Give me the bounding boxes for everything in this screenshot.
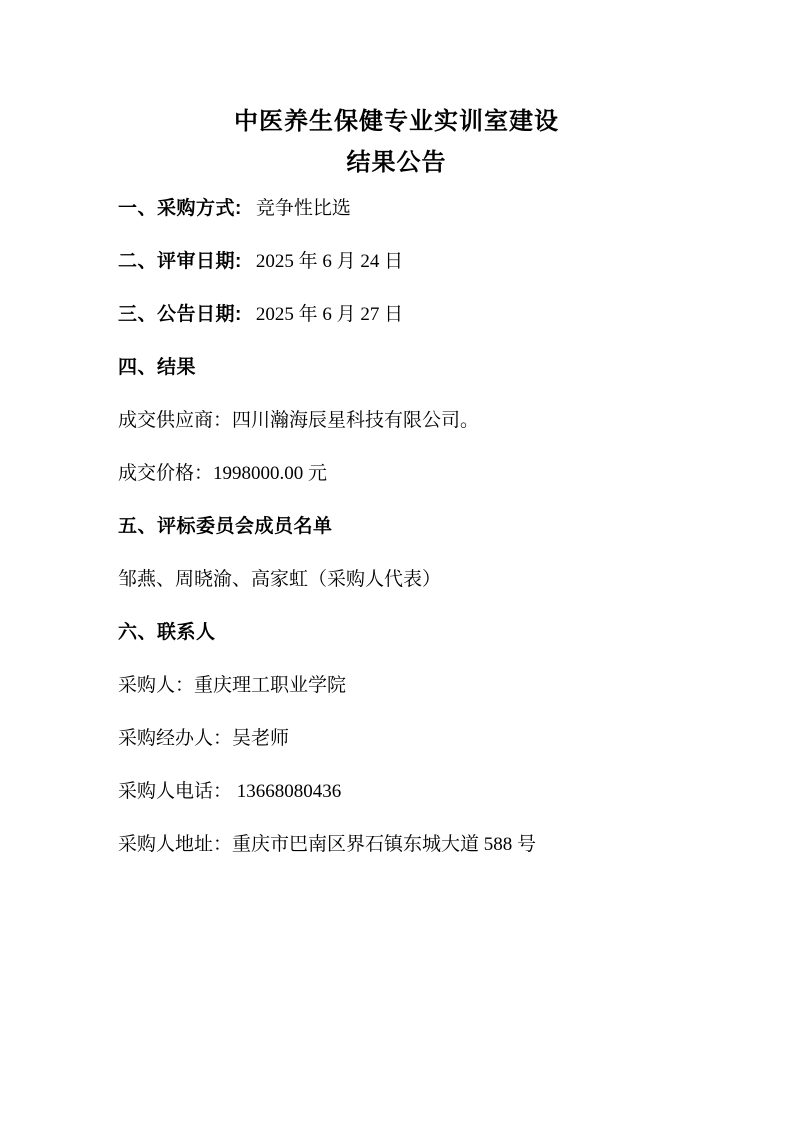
document-title: 中医养生保健专业实训室建设 结果公告 xyxy=(118,100,675,182)
section-value: 2025 年 6 月 24 日 xyxy=(256,251,403,272)
section-label-value-line: 三、公告日期:2025 年 6 月 27 日 xyxy=(118,302,675,328)
document-page: 中医养生保健专业实训室建设 结果公告 一、采购方式:竞争性比选二、评审日期:20… xyxy=(0,0,793,1122)
body-line: 采购人地址：重庆市巴南区界石镇东城大道 588 号 xyxy=(118,832,675,858)
section-label-value-line: 二、评审日期:2025 年 6 月 24 日 xyxy=(118,249,675,275)
body-line: 邹燕、周晓渝、高家虹（采购人代表） xyxy=(118,567,675,593)
section-label: 一、采购方式: xyxy=(118,198,242,219)
section-value: 竞争性比选 xyxy=(256,198,351,219)
body-line: 成交价格：1998000.00 元 xyxy=(118,461,675,487)
section-heading: 六、联系人 xyxy=(118,620,675,646)
section-label: 三、公告日期: xyxy=(118,304,242,325)
body-line: 采购经办人：吴老师 xyxy=(118,726,675,752)
section-heading: 五、评标委员会成员名单 xyxy=(118,514,675,540)
body-line: 采购人电话： 13668080436 xyxy=(118,779,675,805)
section-heading: 四、结果 xyxy=(118,355,675,381)
section-label: 二、评审日期: xyxy=(118,251,242,272)
document-title-line2: 结果公告 xyxy=(118,141,675,182)
section-label-value-line: 一、采购方式:竞争性比选 xyxy=(118,196,675,222)
document-body: 一、采购方式:竞争性比选二、评审日期:2025 年 6 月 24 日三、公告日期… xyxy=(118,196,675,858)
body-line: 成交供应商：四川瀚海辰星科技有限公司。 xyxy=(118,408,675,434)
document-title-line1: 中医养生保健专业实训室建设 xyxy=(118,100,675,141)
section-value: 2025 年 6 月 27 日 xyxy=(256,304,403,325)
body-line: 采购人：重庆理工职业学院 xyxy=(118,673,675,699)
